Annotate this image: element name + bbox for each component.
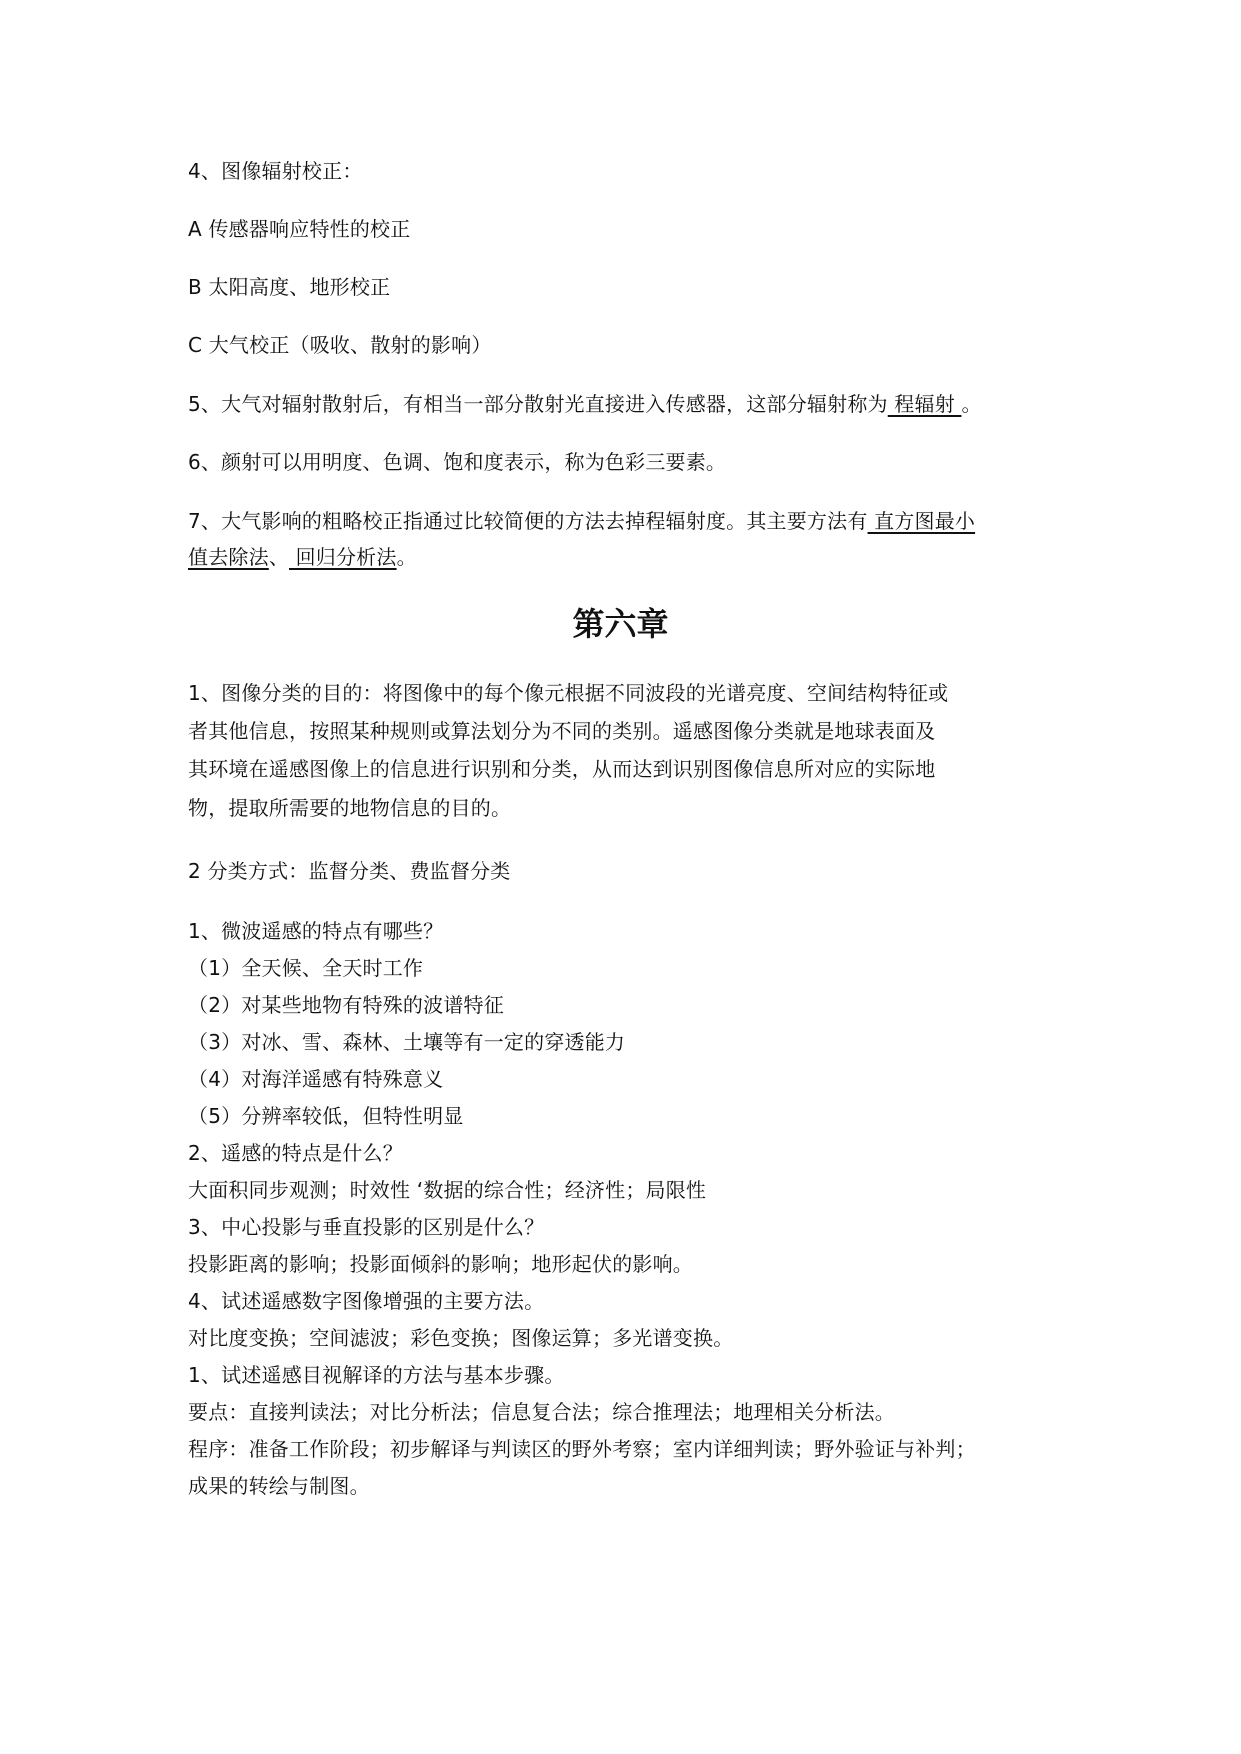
document-page: 4、图像辐射校正： A 传感器响应特性的校正 B 太阳高度、地形校正 C 大气校… bbox=[0, 0, 1241, 1754]
para1-line1: 1、图像分类的目的：将图像中的每个像元根据不同波段的光谱亮度、空间结构特征或 bbox=[188, 680, 948, 706]
item4-title: 4、图像辐射校正： bbox=[188, 158, 363, 184]
question-4: 4、试述遥感数字图像增强的主要方法。 bbox=[188, 1288, 544, 1314]
item7-end: 。 bbox=[397, 545, 417, 569]
item5: 5、大气对辐射散射后，有相当一部分散射光直接进入传感器，这部分辐射称为 程辐射 … bbox=[188, 391, 982, 417]
para1-line2: 者其他信息，按照某种规则或算法划分为不同的类别。遥感图像分类就是地球表面及 bbox=[188, 718, 935, 744]
q3-answer: 投影距离的影响；投影面倾斜的影响；地形起伏的影响。 bbox=[188, 1251, 693, 1277]
q5-answer-steps-line2: 成果的转绘与制图。 bbox=[188, 1473, 370, 1499]
q1-answer-1: （1）全天候、全天时工作 bbox=[188, 955, 423, 981]
para1-line4: 物，提取所需要的地物信息的目的。 bbox=[188, 795, 511, 821]
q1-answer-4: （4）对海洋遥感有特殊意义 bbox=[188, 1066, 443, 1092]
item7-answer2: 回归分析法 bbox=[289, 545, 397, 569]
para1-line3: 其环境在遥感图像上的信息进行识别和分类，从而达到识别图像信息所对应的实际地 bbox=[188, 756, 935, 782]
item6: 6、颜射可以用明度、色调、饱和度表示，称为色彩三要素。 bbox=[188, 449, 726, 475]
q1-answer-3: （3）对冰、雪、森林、土壤等有一定的穿透能力 bbox=[188, 1029, 625, 1055]
question-5: 1、试述遥感目视解译的方法与基本步骤。 bbox=[188, 1362, 565, 1388]
q1-answer-5: （5）分辨率较低，但特性明显 bbox=[188, 1103, 464, 1129]
item5-text: 5、大气对辐射散射后，有相当一部分散射光直接进入传感器，这部分辐射称为 bbox=[188, 392, 888, 416]
q1-answer-2: （2）对某些地物有特殊的波谱特征 bbox=[188, 992, 504, 1018]
item4-option-c: C 大气校正（吸收、散射的影响） bbox=[188, 332, 492, 358]
chapter-title: 第六章 bbox=[0, 604, 1241, 644]
q5-answer-steps-line1: 程序：准备工作阶段；初步解译与判读区的野外考察；室内详细判读；野外验证与补判； bbox=[188, 1436, 976, 1462]
item7-line1: 7、大气影响的粗略校正指通过比较简便的方法去掉程辐射度。其主要方法有 直方图最小 bbox=[188, 508, 975, 534]
item5-end: 。 bbox=[961, 392, 981, 416]
item4-option-a: A 传感器响应特性的校正 bbox=[188, 216, 410, 242]
question-2: 2、遥感的特点是什么？ bbox=[188, 1140, 403, 1166]
item7-line2: 值去除法、 回归分析法。 bbox=[188, 544, 417, 570]
item5-answer: 程辐射 bbox=[888, 392, 962, 416]
q4-answer: 对比度变换；空间滤波；彩色变换；图像运算；多光谱变换。 bbox=[188, 1325, 733, 1351]
item7-answer1-part2: 值去除法 bbox=[188, 545, 269, 569]
item7-text: 7、大气影响的粗略校正指通过比较简便的方法去掉程辐射度。其主要方法有 bbox=[188, 509, 868, 533]
para2: 2 分类方式：监督分类、费监督分类 bbox=[188, 858, 510, 884]
item4-option-b: B 太阳高度、地形校正 bbox=[188, 274, 390, 300]
item7-separator: 、 bbox=[269, 545, 289, 569]
item7-answer1-part1: 直方图最小 bbox=[868, 509, 976, 533]
q5-answer-points: 要点：直接判读法；对比分析法；信息复合法；综合推理法；地理相关分析法。 bbox=[188, 1399, 895, 1425]
question-1: 1、微波遥感的特点有哪些？ bbox=[188, 918, 443, 944]
q2-answer: 大面积同步观测；时效性 ‘数据的综合性；经济性；局限性 bbox=[188, 1177, 706, 1203]
question-3: 3、中心投影与垂直投影的区别是什么？ bbox=[188, 1214, 544, 1240]
